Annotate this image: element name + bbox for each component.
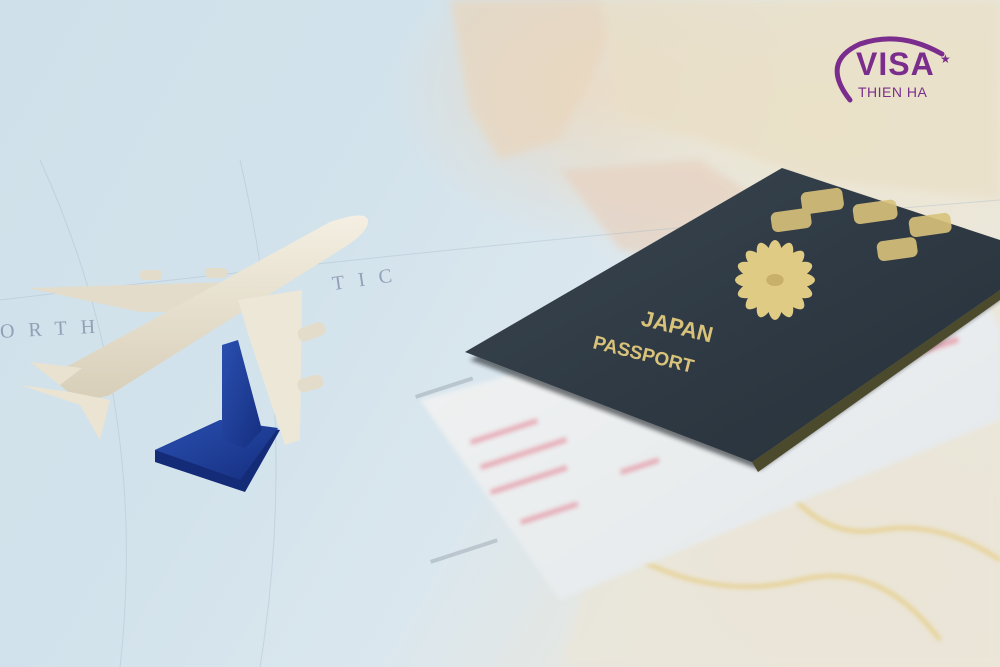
- chrysanthemum-icon: [735, 240, 815, 320]
- logo-main-text: VISA: [856, 46, 935, 83]
- photo-scene: JAPAN PASSPORT ORTH TIC: [0, 0, 1000, 667]
- visa-thien-ha-logo: VISA ★ THIEN HA: [820, 32, 960, 107]
- logo-sub-text: THIEN HA: [858, 84, 927, 100]
- star-icon: ★: [940, 52, 951, 66]
